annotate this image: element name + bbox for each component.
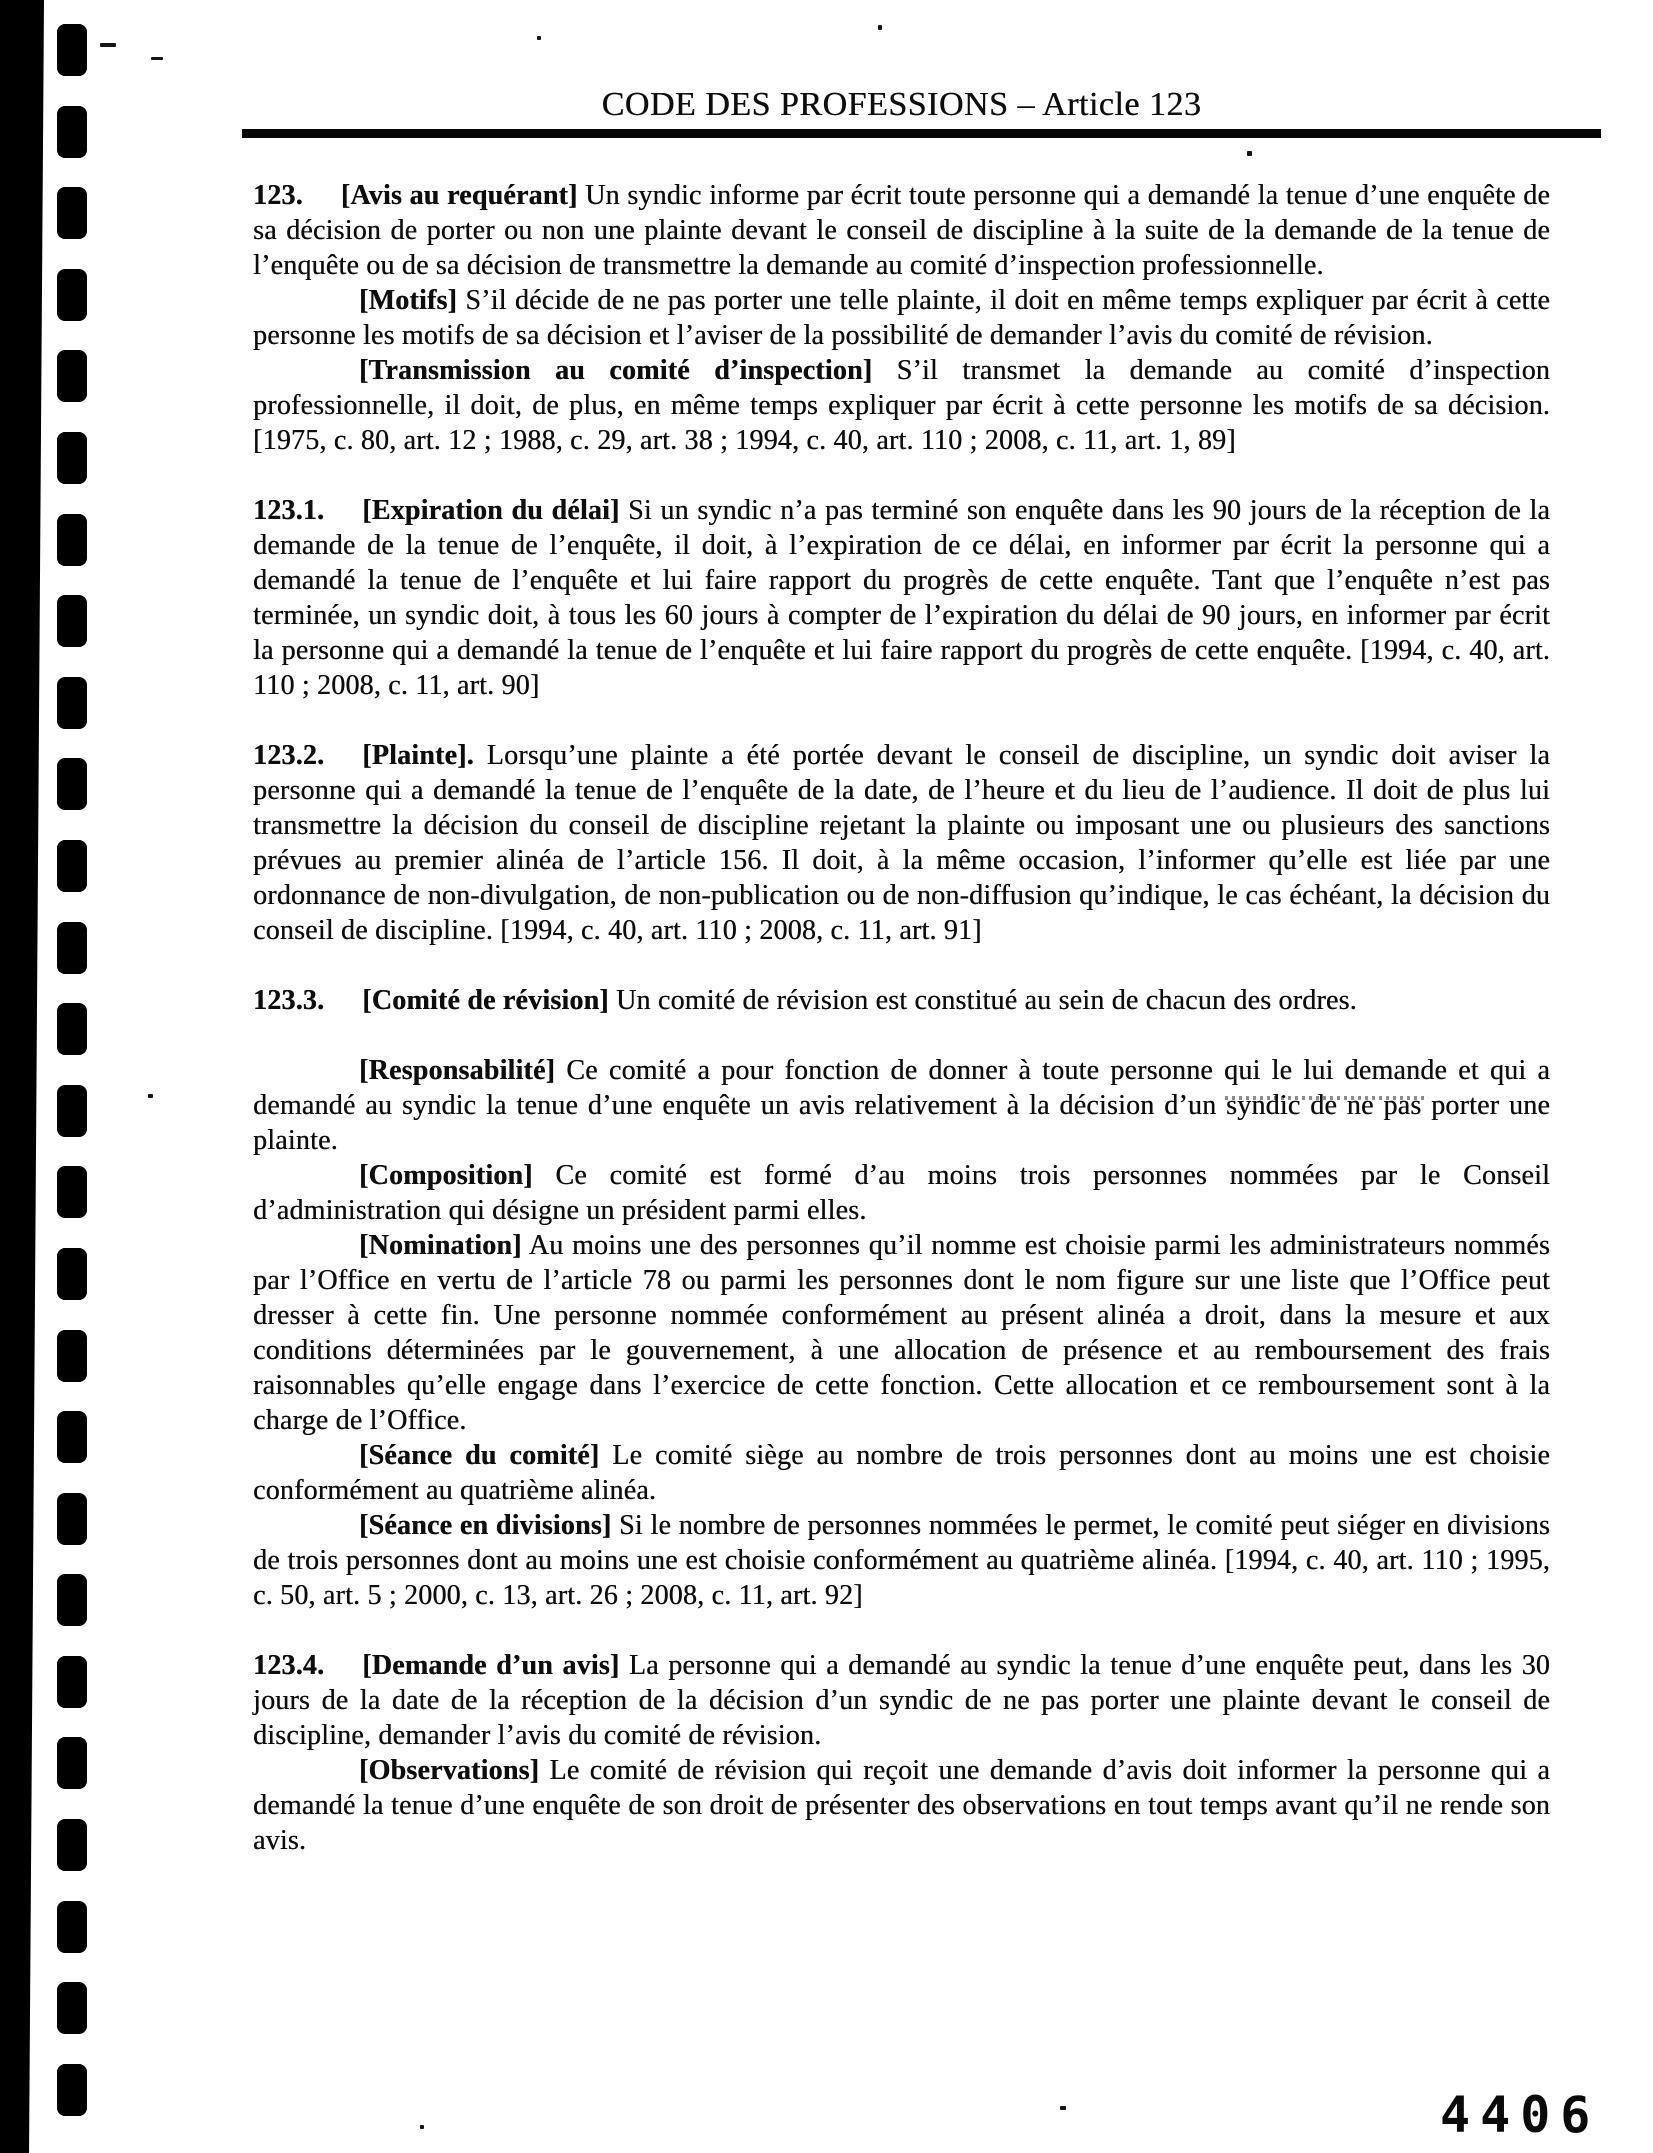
binding-hole: [57, 1737, 87, 1789]
binding-hole: [57, 24, 87, 76]
binding-holes: [57, 24, 87, 2116]
binding-hole: [57, 1248, 87, 1300]
section-paragraph: [Composition] Ce comité est formé d’au m…: [253, 1158, 1550, 1228]
header-rule: [242, 129, 1601, 138]
section-number: 123.3.: [253, 985, 324, 1016]
article-section: 123.[Avis au requérant] Un syndic inform…: [253, 178, 1550, 458]
binding-hole: [57, 840, 87, 892]
binding-hole: [57, 1819, 87, 1871]
paragraph-label: [Composition]: [359, 1160, 533, 1191]
section-paragraph: [Responsabilité] Ce comité a pour foncti…: [253, 1053, 1550, 1158]
scan-speck: [148, 1094, 153, 1098]
binding-hole: [57, 514, 87, 566]
binding-hole: [57, 1166, 87, 1218]
binding-hole: [57, 922, 87, 974]
binding-hole: [57, 1574, 87, 1626]
binding-edge: [0, 0, 44, 2153]
binding-hole: [57, 1085, 87, 1137]
scan-speck: [878, 25, 882, 30]
section-paragraph: [Observations] Le comité de révision qui…: [253, 1753, 1550, 1858]
page-number: 4406: [1440, 2086, 1600, 2144]
binding-hole: [57, 1493, 87, 1545]
scan-speck: [420, 2125, 424, 2129]
article-section: 123.1.[Expiration du délai] Si un syndic…: [253, 493, 1550, 703]
article-section: 123.2.[Plainte]. Lorsqu’une plainte a ét…: [253, 738, 1550, 948]
binding-hole: [57, 1411, 87, 1463]
paragraph-label: [Motifs]: [359, 285, 457, 316]
paragraph-label: [Avis au requérant]: [341, 180, 578, 211]
paragraph-label: [Demande d’un avis]: [362, 1650, 619, 1681]
section-lead-paragraph: 123.4.[Demande d’un avis] La personne qu…: [253, 1648, 1550, 1753]
binding-hole: [57, 432, 87, 484]
binding-hole: [57, 1901, 87, 1953]
binding-hole: [57, 1330, 87, 1382]
section-paragraph: [Séance du comité] Le comité siège au no…: [253, 1438, 1550, 1508]
section-paragraph: [Nomination] Au moins une des personnes …: [253, 1228, 1550, 1438]
scan-speck: [100, 43, 116, 47]
binding-hole: [57, 677, 87, 729]
paragraph-label: [Transmission au comité d’inspection]: [359, 355, 872, 386]
binding-hole: [57, 1982, 87, 2034]
binding-hole: [57, 758, 87, 810]
paragraph-label: [Comité de révision]: [362, 985, 609, 1016]
paragraph-label: [Responsabilité]: [359, 1055, 555, 1086]
paragraph-label: [Plainte].: [362, 740, 474, 771]
paragraph-label: [Séance en divisions]: [359, 1510, 611, 1541]
scan-speck: [151, 57, 163, 60]
section-lead-paragraph: 123.2.[Plainte]. Lorsqu’une plainte a ét…: [253, 738, 1550, 948]
section-number: 123.: [253, 180, 303, 211]
document-body: 123.[Avis au requérant] Un syndic inform…: [253, 178, 1550, 1858]
section-number: 123.2.: [253, 740, 324, 771]
paragraph-label: [Nomination]: [359, 1230, 522, 1261]
scan-speck: [1247, 151, 1252, 156]
paragraph-label: [Séance du comité]: [359, 1440, 599, 1471]
page-title: CODE DES PROFESSIONS – Article 123: [0, 0, 1653, 122]
scan-speck: [537, 36, 541, 40]
section-paragraph: [Motifs] S’il décide de ne pas porter un…: [253, 283, 1550, 353]
article-section: 123.3.[Comité de révision] Un comité de …: [253, 983, 1550, 1613]
scanned-page: CODE DES PROFESSIONS – Article 123 123.[…: [0, 0, 1653, 2153]
section-number: 123.1.: [253, 495, 324, 526]
binding-hole: [57, 2064, 87, 2116]
section-paragraph: [Transmission au comité d’inspection] S’…: [253, 353, 1550, 458]
binding-hole: [57, 1003, 87, 1055]
binding-hole: [57, 595, 87, 647]
article-section: 123.4.[Demande d’un avis] La personne qu…: [253, 1648, 1550, 1858]
section-lead-paragraph: 123.[Avis au requérant] Un syndic inform…: [253, 178, 1550, 283]
scan-speck: [1060, 2106, 1066, 2110]
binding-hole: [57, 350, 87, 402]
page-header: CODE DES PROFESSIONS – Article 123: [0, 0, 1653, 138]
section-paragraph: [Séance en divisions] Si le nombre de pe…: [253, 1508, 1550, 1613]
section-lead-paragraph: 123.1.[Expiration du délai] Si un syndic…: [253, 493, 1550, 703]
section-number: 123.4.: [253, 1650, 324, 1681]
binding-hole: [57, 269, 87, 321]
scan-smudge: [1225, 1096, 1425, 1100]
binding-hole: [57, 106, 87, 158]
section-lead-paragraph: 123.3.[Comité de révision] Un comité de …: [253, 983, 1550, 1018]
binding-hole: [57, 187, 87, 239]
paragraph-label: [Observations]: [359, 1755, 539, 1786]
paragraph-label: [Expiration du délai]: [362, 495, 619, 526]
binding-hole: [57, 1656, 87, 1708]
